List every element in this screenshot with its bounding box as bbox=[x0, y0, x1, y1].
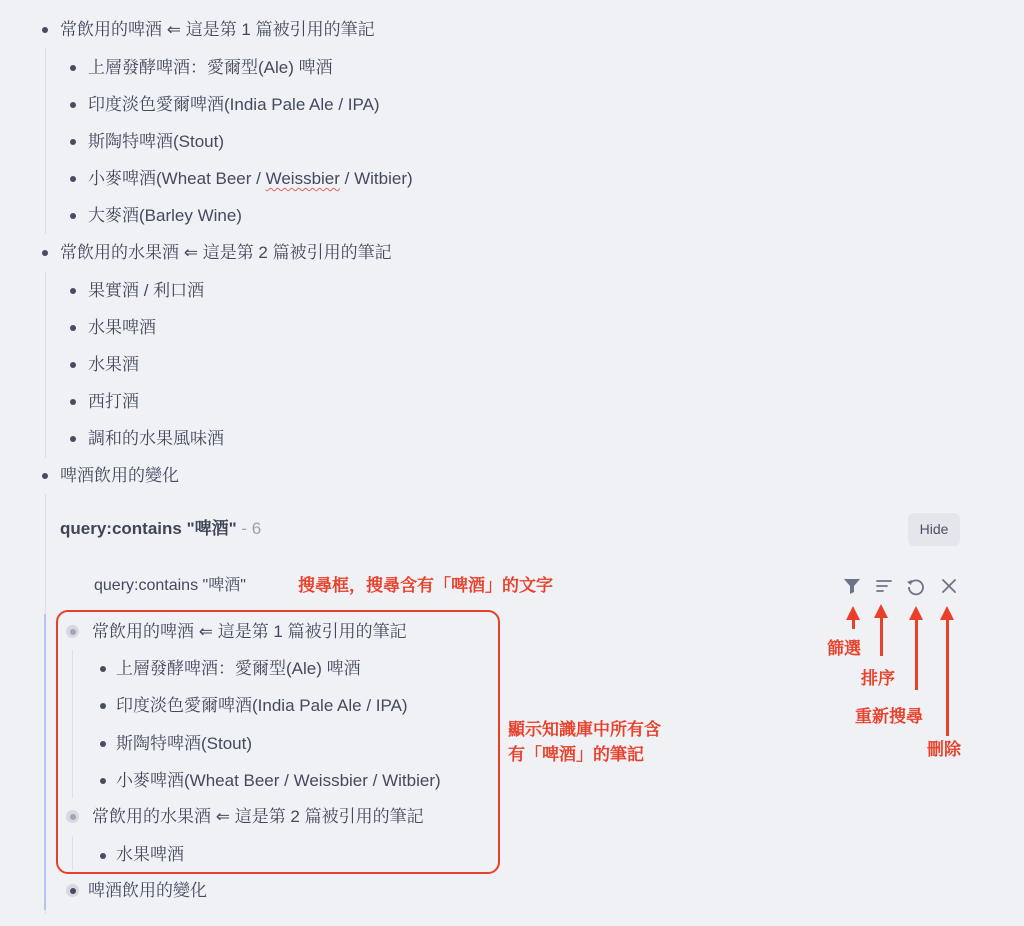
outline-item[interactable]: 啤酒飲用的變化 bbox=[60, 465, 179, 487]
refresh-icon[interactable] bbox=[904, 574, 928, 598]
bullet-icon[interactable] bbox=[70, 139, 76, 145]
indent-guide bbox=[45, 272, 46, 458]
close-icon[interactable] bbox=[937, 574, 961, 598]
bullet-icon[interactable] bbox=[70, 65, 76, 71]
outline-item[interactable]: 常飲用的水果酒 ⇐ 這是第 2 篇被引用的筆記 bbox=[60, 242, 392, 264]
outline-item[interactable]: 果實酒 / 利口酒 bbox=[88, 280, 204, 302]
bullet-icon[interactable] bbox=[70, 399, 76, 405]
bullet-collapsed-icon[interactable] bbox=[66, 884, 79, 897]
bullet-icon[interactable] bbox=[70, 102, 76, 108]
arrow-shaft bbox=[915, 618, 918, 690]
outline-item[interactable]: 調和的水果風味酒 bbox=[88, 428, 224, 450]
result-count: - 6 bbox=[237, 519, 262, 538]
annotation-delete: 刪除 bbox=[927, 739, 961, 761]
outline-item[interactable]: 水果酒 bbox=[88, 354, 139, 376]
outline-item[interactable]: 水果啤酒 bbox=[88, 317, 156, 339]
indent-guide bbox=[45, 48, 46, 234]
bullet-icon[interactable] bbox=[42, 250, 48, 256]
bullet-icon[interactable] bbox=[70, 325, 76, 331]
bullet-icon[interactable] bbox=[70, 288, 76, 294]
outline-item[interactable]: 大麥酒(Barley Wine) bbox=[88, 205, 242, 227]
outline-item[interactable]: 常飲用的啤酒 ⇐ 這是第 1 篇被引用的筆記 bbox=[60, 19, 375, 41]
query-header[interactable]: query:contains "啤酒" - 6 bbox=[60, 518, 261, 540]
bullet-icon[interactable] bbox=[42, 27, 48, 33]
annotation-results-line1: 顯示知識庫中所有含 bbox=[508, 719, 661, 741]
bullet-icon[interactable] bbox=[42, 473, 48, 479]
misspelled-word: Weissbier bbox=[266, 169, 340, 188]
annotation-results-line2: 有「啤酒」的筆記 bbox=[508, 744, 644, 766]
outline-item[interactable]: 斯陶特啤酒(Stout) bbox=[88, 131, 224, 153]
arrow-shaft bbox=[852, 618, 855, 629]
annotation-refresh: 重新搜尋 bbox=[855, 706, 923, 728]
result-item[interactable]: 啤酒飲用的變化 bbox=[88, 880, 207, 902]
bullet-icon[interactable] bbox=[70, 436, 76, 442]
arrow-shaft bbox=[880, 616, 883, 656]
outline-item[interactable]: 上層發酵啤酒：愛爾型(Ale) 啤酒 bbox=[88, 57, 333, 79]
sort-icon[interactable] bbox=[872, 574, 896, 598]
arrow-shaft bbox=[946, 618, 949, 736]
results-accent-bar bbox=[44, 614, 46, 910]
query-input[interactable]: query:contains "啤酒" bbox=[94, 575, 246, 597]
outline-item[interactable]: 印度淡色愛爾啤酒(India Pale Ale / IPA) bbox=[88, 94, 380, 116]
annotation-sort: 排序 bbox=[861, 668, 895, 690]
annotation-filter: 篩選 bbox=[827, 638, 861, 660]
results-highlight-box bbox=[56, 610, 500, 874]
bullet-icon[interactable] bbox=[70, 176, 76, 182]
hide-button[interactable]: Hide bbox=[908, 513, 960, 546]
bullet-icon[interactable] bbox=[70, 213, 76, 219]
bullet-icon[interactable] bbox=[70, 362, 76, 368]
outline-item[interactable]: 小麥啤酒(Wheat Beer / Weissbier / Witbier) bbox=[88, 168, 413, 190]
outline-item[interactable]: 西打酒 bbox=[88, 391, 139, 413]
filter-icon[interactable] bbox=[840, 574, 864, 598]
annotation-search-box: 搜尋框，搜尋含有「啤酒」的文字 bbox=[298, 575, 553, 597]
